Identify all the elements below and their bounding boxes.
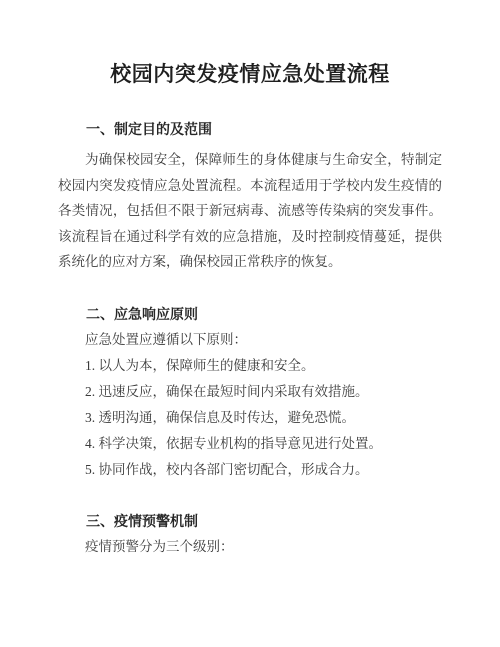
section-purpose-and-scope: 一、制定目的及范围 为确保校园安全，保障师生的身体健康与生命安全，特制定校园内突… [58, 120, 442, 275]
principles-intro: 应急处置应遵循以下原则： [58, 331, 442, 349]
section-response-principles: 二、应急响应原则 应急处置应遵循以下原则： 1. 以人为本，保障师生的健康和安全… [58, 305, 442, 479]
principle-item-3: 3. 透明沟通，确保信息及时传达，避免恐慌。 [58, 409, 442, 427]
principle-item-2: 2. 迅速反应，确保在最短时间内采取有效措施。 [58, 383, 442, 401]
purpose-paragraph: 为确保校园安全，保障师生的身体健康与生命安全，特制定校园内突发疫情应急处置流程。… [58, 147, 442, 275]
section-heading-purpose: 一、制定目的及范围 [58, 120, 442, 138]
page-title: 校园内突发疫情应急处置流程 [58, 62, 442, 88]
principle-item-4: 4. 科学决策，依据专业机构的指导意见进行处置。 [58, 435, 442, 453]
warning-intro: 疫情预警分为三个级别： [58, 538, 442, 556]
section-warning-mechanism: 三、疫情预警机制 疫情预警分为三个级别： [58, 512, 442, 556]
principle-item-5: 5. 协同作战，校内各部门密切配合，形成合力。 [58, 461, 442, 479]
principle-item-1: 1. 以人为本，保障师生的健康和安全。 [58, 357, 442, 375]
document-page: 校园内突发疫情应急处置流程 一、制定目的及范围 为确保校园安全，保障师生的身体健… [0, 0, 500, 647]
section-heading-principles: 二、应急响应原则 [58, 305, 442, 323]
section-heading-warning: 三、疫情预警机制 [58, 512, 442, 530]
